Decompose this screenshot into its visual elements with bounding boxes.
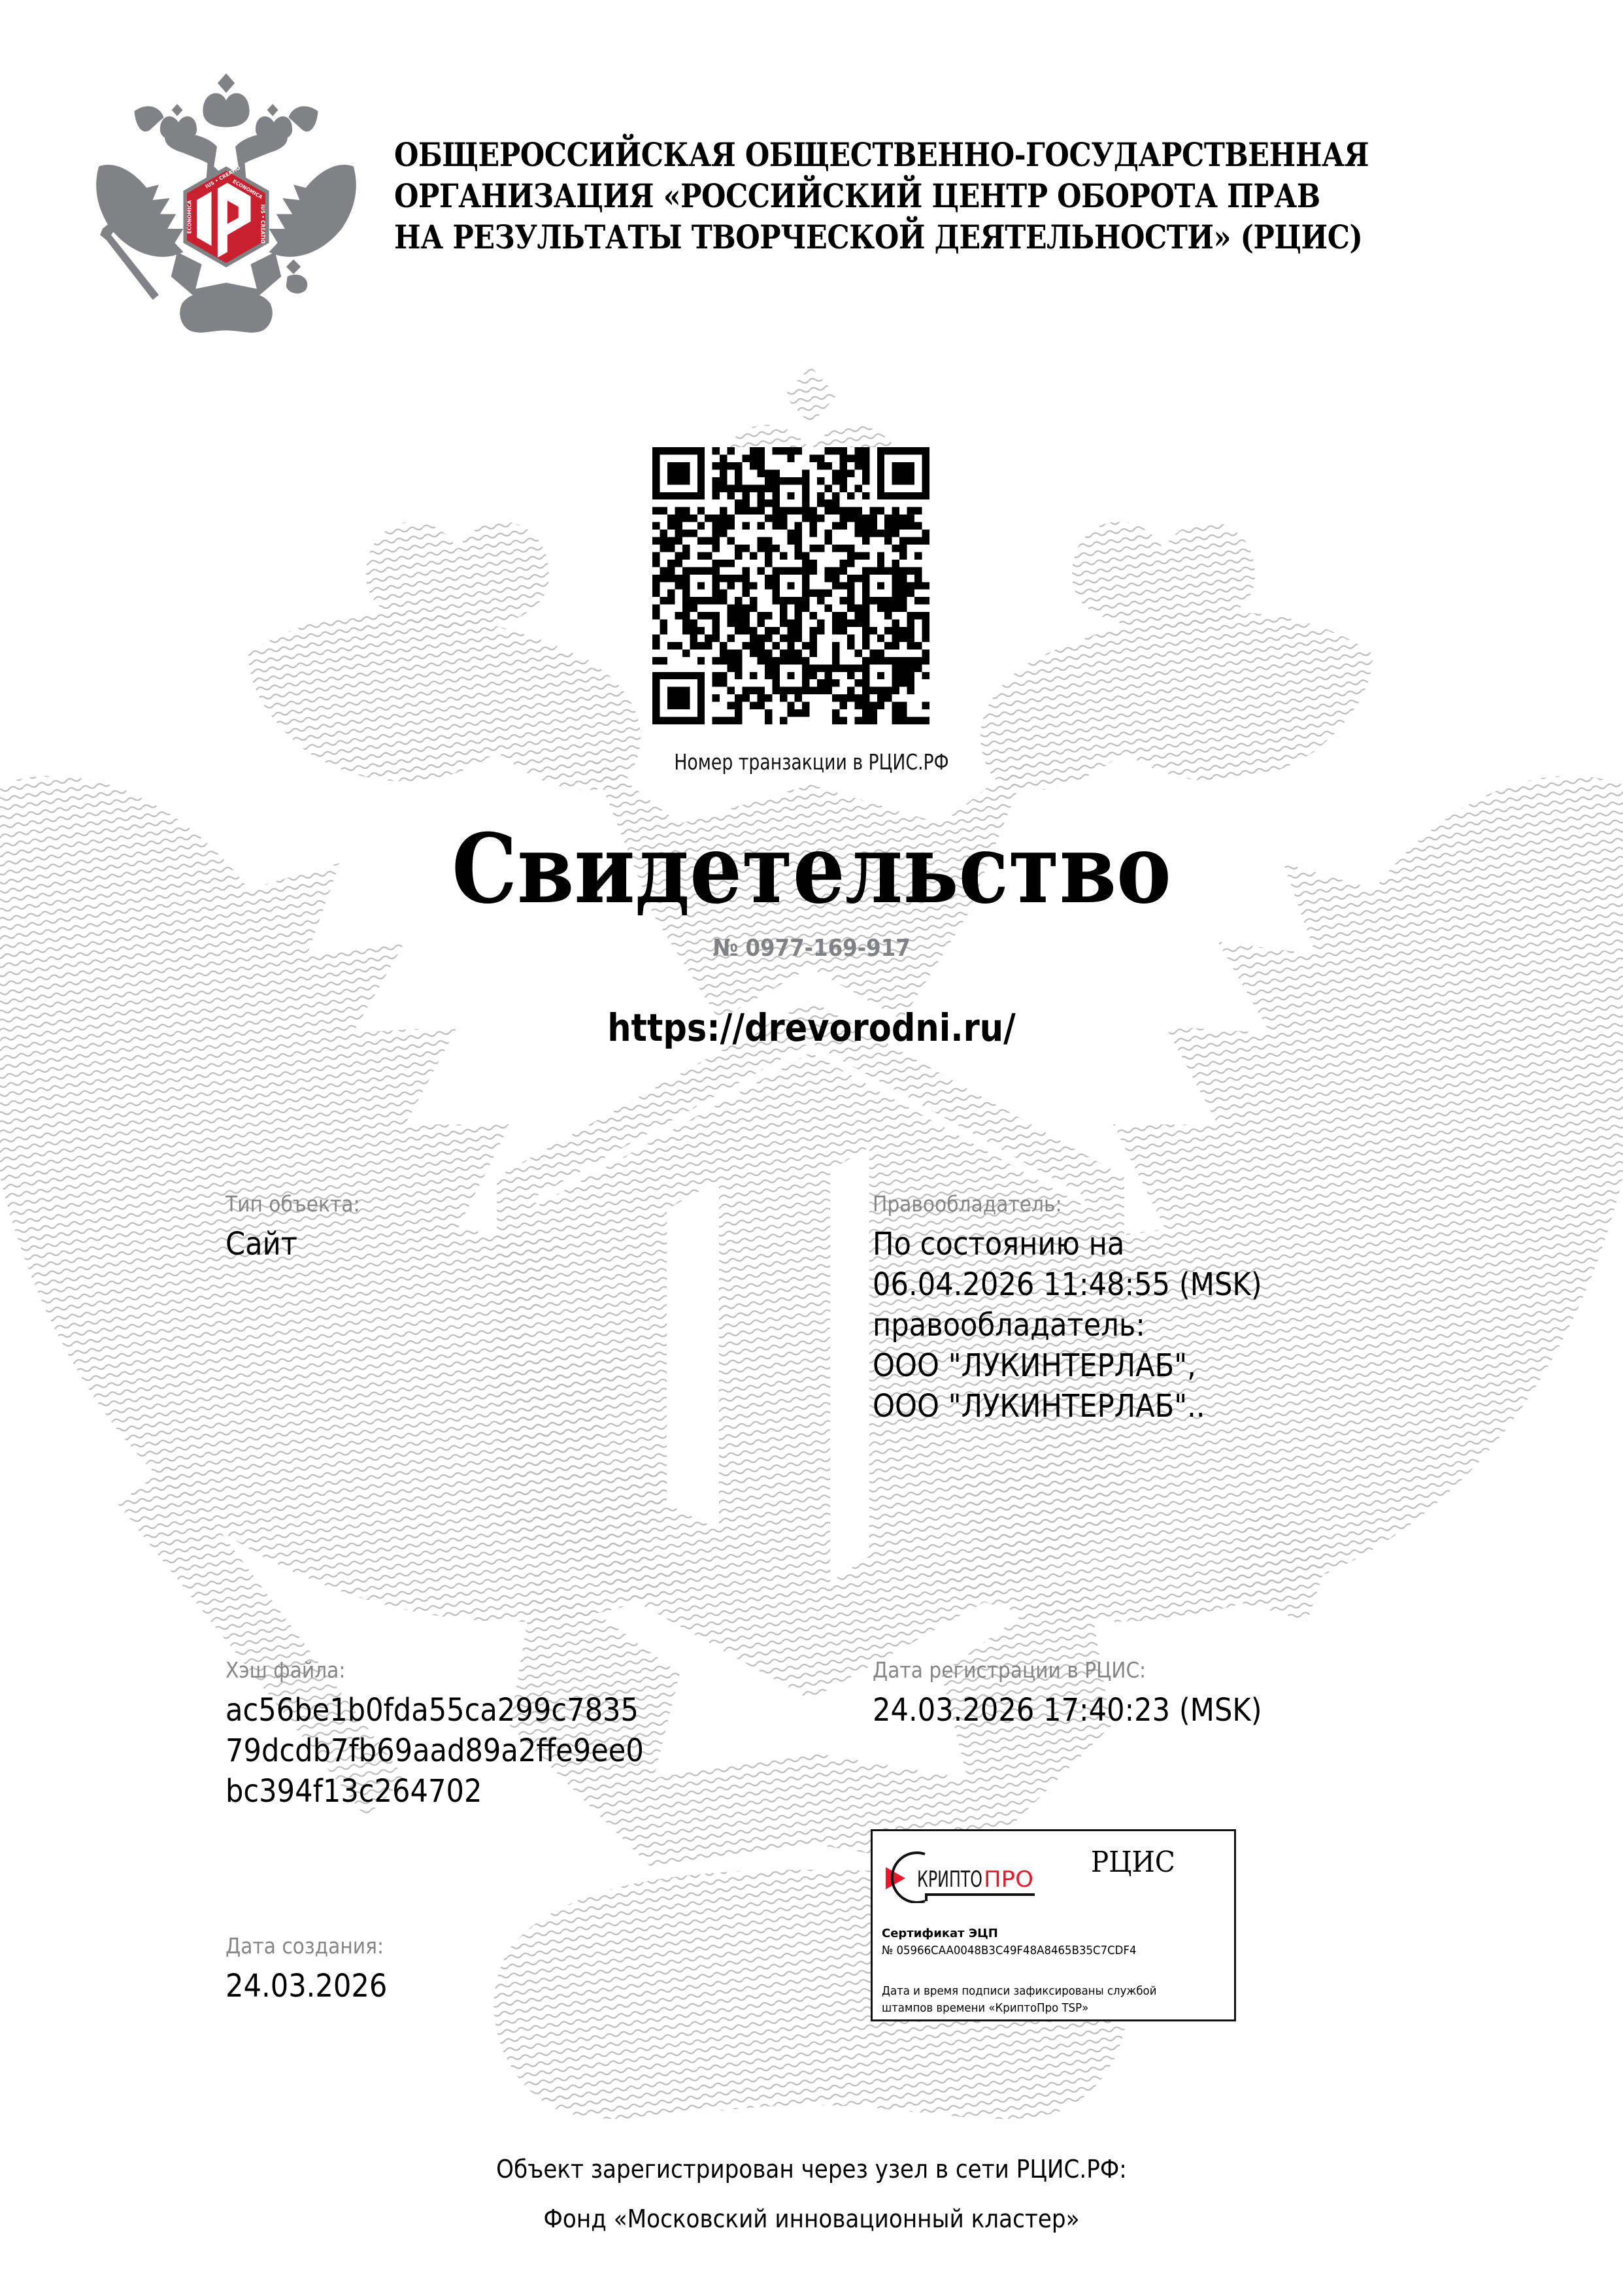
field-value: ac56be1b0fda55ca299c7835 79dcdb7fb69aad8…: [226, 1690, 644, 1812]
field-creation-date: Дата создания: 24.03.2026: [226, 1933, 405, 2006]
field-label: Дата регистрации в РЦИС:: [873, 1657, 1262, 1683]
field-value: 24.03.2026 17:40:23 (MSK): [873, 1690, 1262, 1730]
field-label: Тип объекта:: [226, 1191, 360, 1217]
organization-name-line: ОБЩЕРОССИЙСКАЯ ОБЩЕСТВЕННО-ГОСУДАРСТВЕНН…: [394, 134, 1369, 175]
svg-text:ECONOMICA: ECONOMICA: [187, 200, 193, 233]
footer-line: Фонд «Московский инновационный кластер»: [81, 2194, 1542, 2244]
field-file-hash: Хэш файла: ac56be1b0fda55ca299c7835 79dc…: [226, 1657, 690, 1812]
field-registration-date: Дата регистрации в РЦИС: 24.03.2026 17:4…: [873, 1657, 1305, 1730]
stamp-note-line: штампов времени «КриптоПро TSP»: [882, 2000, 1156, 2017]
stamp-organization: РЦИС: [1091, 1846, 1175, 1879]
organization-name: ОБЩЕРОССИЙСКАЯ ОБЩЕСТВЕННО-ГОСУДАРСТВЕНН…: [394, 134, 1369, 258]
field-value: Сайт: [226, 1224, 360, 1264]
hash-line: 79dcdb7fb69aad89a2ffe9ee0: [226, 1730, 644, 1771]
rightholder-line: ООО "ЛУКИНТЕРЛАБ",: [873, 1345, 1262, 1386]
footer: Объект зарегистрирован через узел в сети…: [81, 2144, 1542, 2244]
stamp-cert-title: Сертификат ЭЦП: [882, 1927, 998, 1940]
cryptopro-logo-text: КРИПТО: [917, 1866, 982, 1893]
svg-text:IUS • CREATIO: IUS • CREATIO: [259, 205, 265, 244]
field-label: Хэш файла:: [226, 1657, 644, 1683]
rightholder-line: По состоянию на: [873, 1224, 1262, 1264]
rightholder-line: 06.04.2026 11:48:55 (MSK): [873, 1264, 1262, 1305]
field-value: 24.03.2026: [226, 1966, 387, 2006]
organization-name-line: ОРГАНИЗАЦИЯ «РОССИЙСКИЙ ЦЕНТР ОБОРОТА ПР…: [394, 175, 1369, 216]
qr-caption: Номер транзакции в РЦИС.РФ: [81, 749, 1542, 775]
certificate-title: Свидетельство: [114, 814, 1509, 925]
field-value: По состоянию на 06.04.2026 11:48:55 (MSK…: [873, 1224, 1262, 1427]
field-object-type: Тип объекта: Сайт: [226, 1191, 375, 1264]
field-rightholder: Правообладатель: По состоянию на 06.04.2…: [873, 1191, 1305, 1427]
stamp-note-line: Дата и время подписи зафиксированы служб…: [882, 1983, 1156, 2000]
field-label: Правообладатель:: [873, 1191, 1262, 1217]
organization-name-line: НА РЕЗУЛЬТАТЫ ТВОРЧЕСКОЙ ДЕЯТЕЛЬНОСТИ» (…: [394, 216, 1369, 258]
stamp-cert-number: № 05966CAA0048B3C49F48A8465B35C7CDF4: [882, 1944, 1137, 1957]
object-url[interactable]: https://drevorodni.ru/: [97, 1005, 1526, 1050]
footer-line: Объект зарегистрирован через узел в сети…: [81, 2144, 1542, 2194]
field-label: Дата создания:: [226, 1933, 387, 1959]
hash-line: ac56be1b0fda55ca299c7835: [226, 1690, 644, 1730]
rightholder-line: ООО "ЛУКИНТЕРЛАБ"..: [873, 1386, 1262, 1427]
qr-code-icon[interactable]: [652, 447, 929, 724]
cryptopro-logo-text-accent: ПРО: [984, 1866, 1033, 1893]
signature-stamp: КРИПТО ПРО РЦИС Сертификат ЭЦП № 05966CA…: [871, 1829, 1236, 2021]
rightholder-line: правообладатель:: [873, 1305, 1262, 1345]
cryptopro-logo-icon: КРИПТО ПРО: [879, 1841, 1036, 1903]
certificate-number: № 0977-169-917: [81, 935, 1542, 962]
eagle-ip-emblem-icon: IUS • CREATIO ECONOMICA IUS • CREATIO EC…: [92, 64, 361, 354]
hash-line: bc394f13c264702: [226, 1771, 644, 1812]
stamp-note: Дата и время подписи зафиксированы служб…: [882, 1983, 1156, 2017]
